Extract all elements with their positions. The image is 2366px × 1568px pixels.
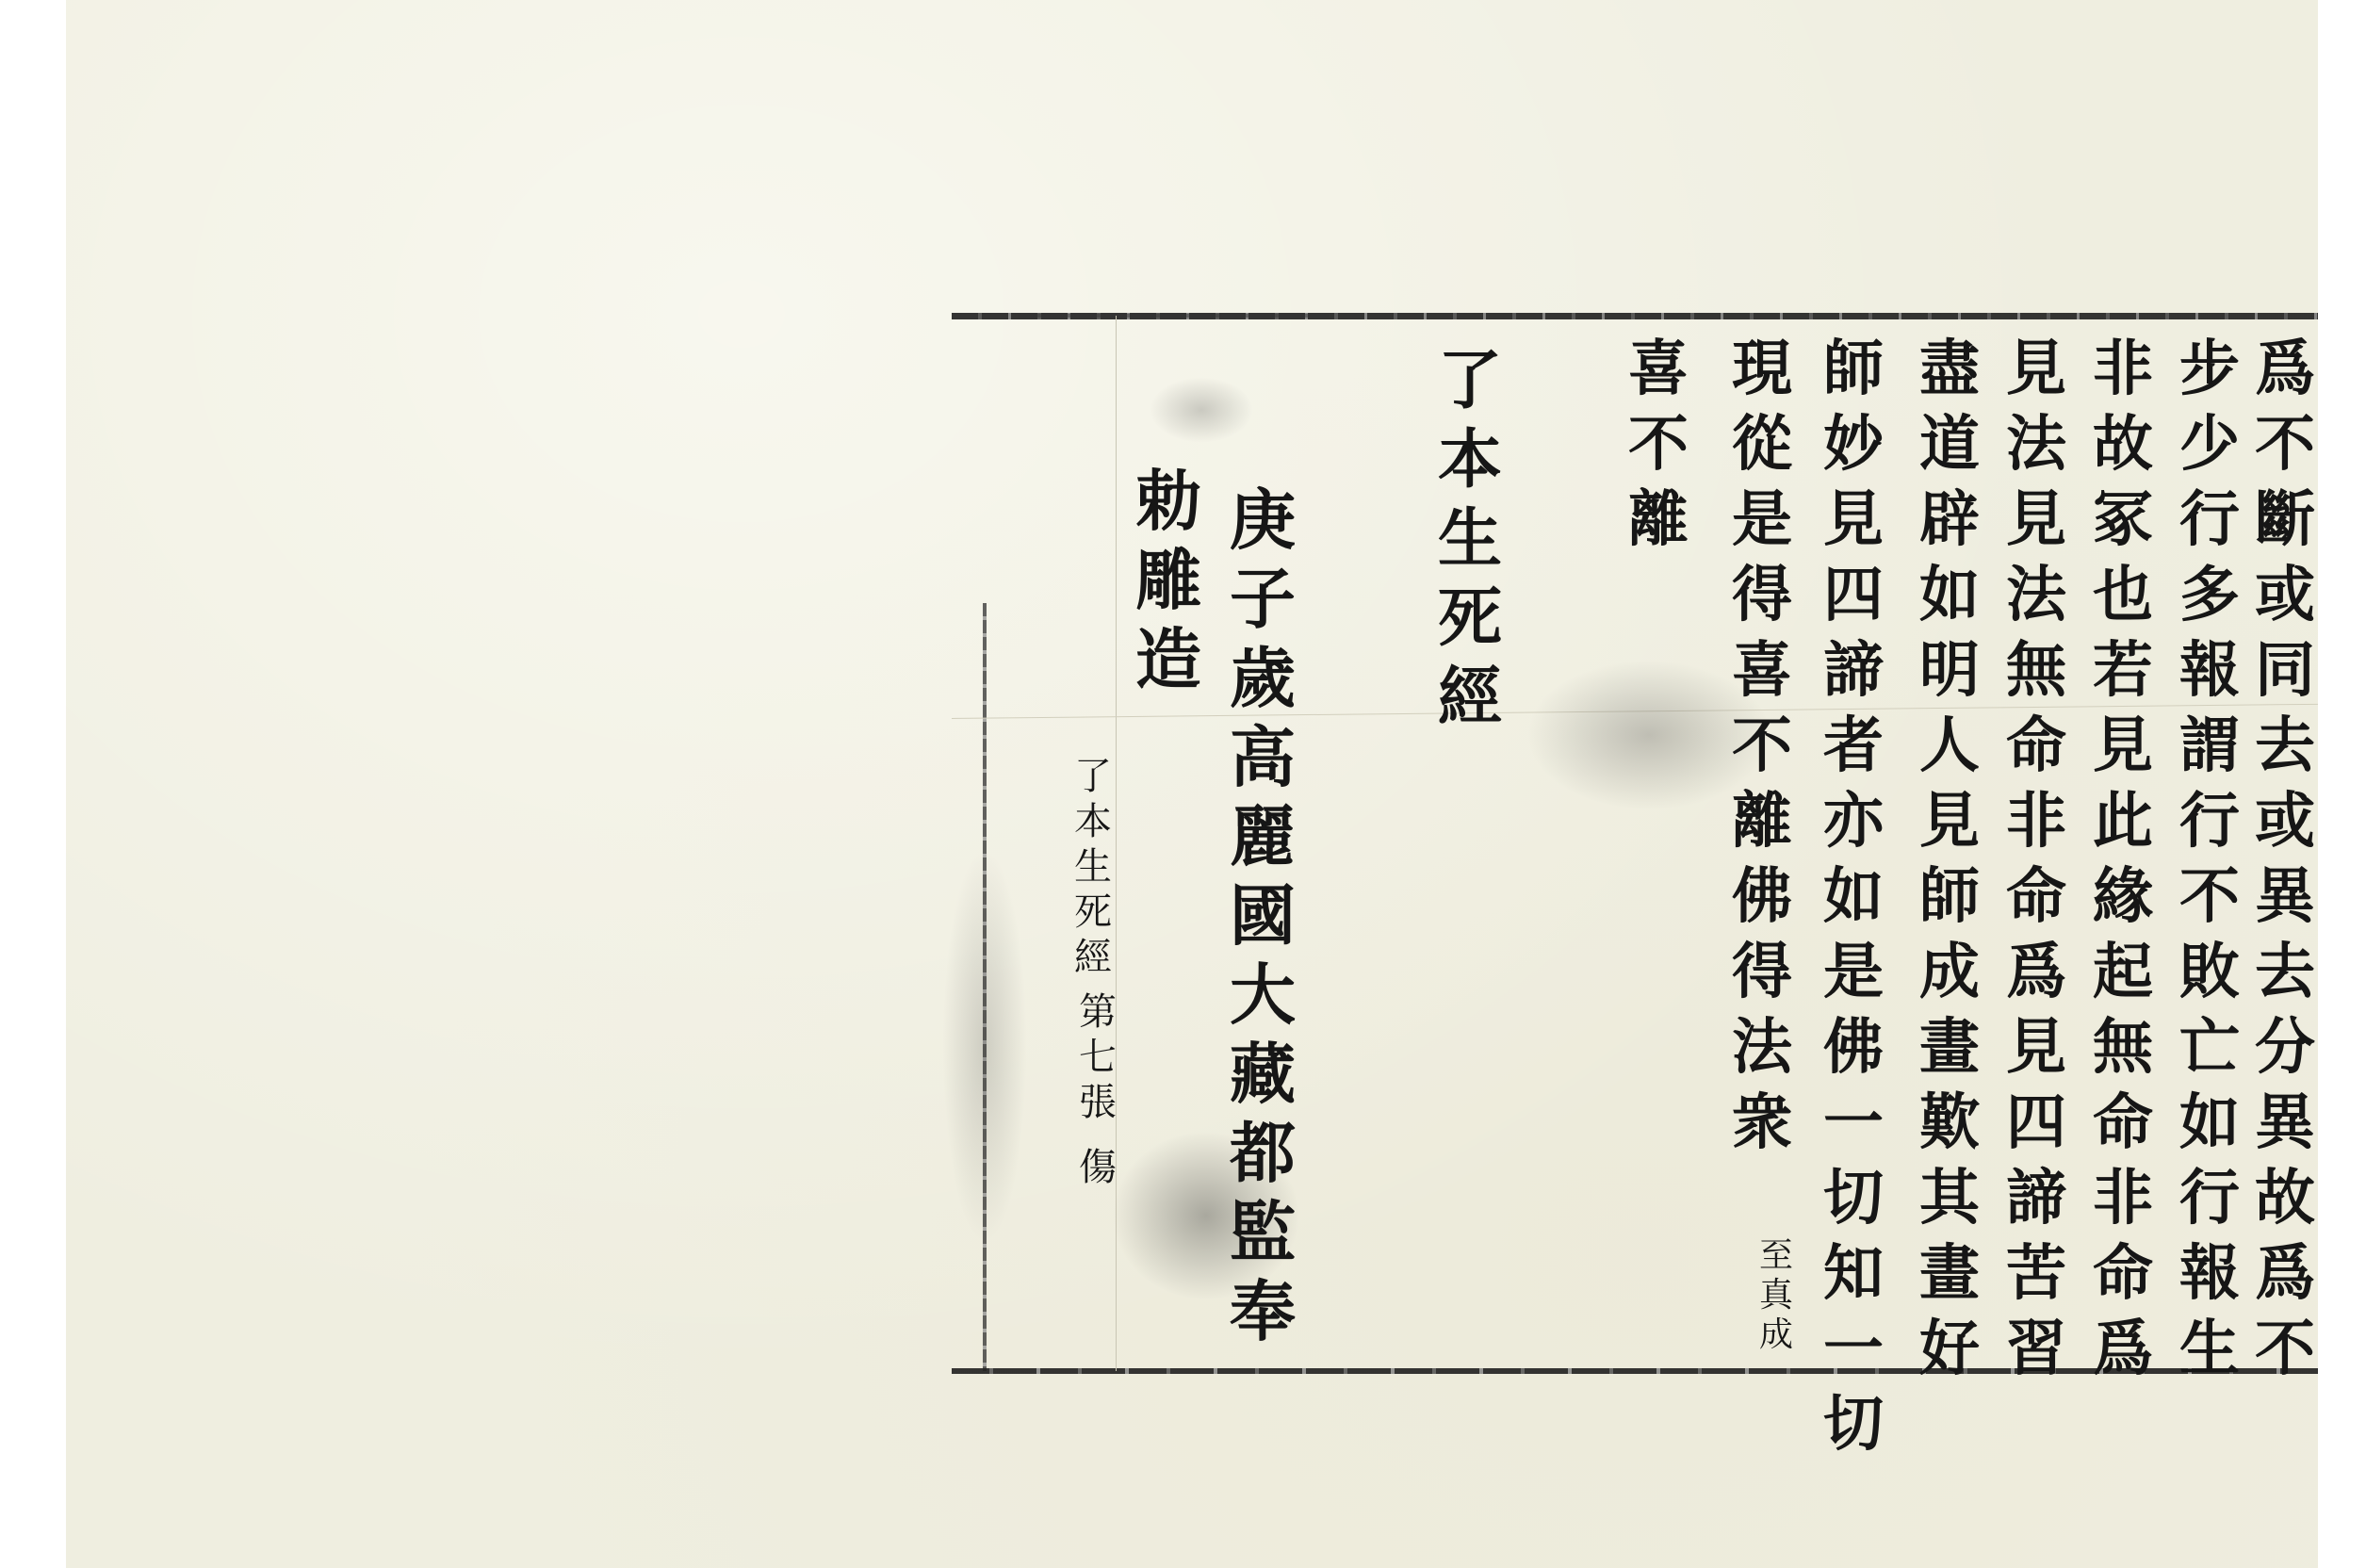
- ink-smudge: [1150, 377, 1253, 443]
- glyph: 法: [1994, 407, 2079, 482]
- glyph: 高: [1220, 718, 1305, 797]
- glyph: 故: [2080, 407, 2165, 482]
- glyph: 離: [1616, 482, 1701, 558]
- glyph: 人: [1907, 709, 1992, 784]
- glyph: 報: [2167, 633, 2252, 709]
- glyph: 命: [1994, 709, 2079, 784]
- glyph: 大: [1220, 955, 1305, 1035]
- glyph: 了: [1428, 341, 1512, 420]
- glyph: 命: [1994, 859, 2079, 935]
- glyph: 佛: [1720, 859, 1804, 935]
- glyph: 第: [1069, 989, 1126, 1035]
- glyph: 亡: [2167, 1010, 2252, 1086]
- glyph: 見: [1811, 482, 1896, 558]
- glyph: 是: [1811, 935, 1896, 1010]
- glyph: 現: [1720, 332, 1804, 407]
- glyph: 辟: [1907, 482, 1992, 558]
- glyph: 法: [1994, 558, 2079, 633]
- glyph: 張: [1069, 1080, 1126, 1125]
- glyph: 至: [1753, 1236, 1800, 1276]
- glyph: 命: [2080, 1086, 2165, 1161]
- glyph: 爲: [2252, 332, 2318, 407]
- glyph: 不: [2252, 1312, 2318, 1387]
- glyph: 少: [2167, 407, 2252, 482]
- glyph: 諦: [1811, 633, 1896, 709]
- glyph: 得: [1720, 558, 1804, 633]
- glyph: 麗: [1220, 797, 1305, 876]
- text-column-6: 師妙見四諦者亦如是佛一切知一切: [1811, 332, 1896, 1462]
- glyph: 四: [1811, 558, 1896, 633]
- colophon-line-2: 勅雕造: [1126, 462, 1211, 699]
- glyph: 喜: [1720, 633, 1804, 709]
- glyph: 真: [1753, 1276, 1800, 1315]
- glyph: 非: [2080, 332, 2165, 407]
- glyph: 七: [1069, 1035, 1126, 1080]
- ink-smudge: [942, 848, 1027, 1244]
- text-column-5: 盡道辟如明人見師成畫歎其畫好: [1907, 332, 1992, 1387]
- glyph: 四: [1994, 1086, 2079, 1161]
- glyph: 異: [2252, 1086, 2318, 1161]
- glyph: 造: [1126, 620, 1211, 699]
- glyph: 佛: [1811, 1010, 1896, 1086]
- glyph: 故: [2252, 1161, 2318, 1236]
- glyph: 成: [1907, 935, 1992, 1010]
- glyph: 分: [2252, 1010, 2318, 1086]
- glyph: 亦: [1811, 784, 1896, 859]
- glyph: 切: [1811, 1161, 1896, 1236]
- glyph: 奉: [1220, 1272, 1305, 1351]
- glyph: 經: [1065, 935, 1121, 980]
- glyph: 師: [1907, 859, 1992, 935]
- glyph: 得: [1720, 935, 1804, 1010]
- glyph: 知: [1811, 1236, 1896, 1312]
- glyph: 道: [1907, 407, 1992, 482]
- glyph: 離: [1720, 784, 1804, 859]
- glyph: 從: [1720, 407, 1804, 482]
- glyph: 喜: [1616, 332, 1701, 407]
- text-column-4: 見法見法無命非命爲見四諦苦習: [1994, 332, 2079, 1387]
- margin-note-leaf: 第七張: [1069, 989, 1126, 1125]
- glyph: 生: [2167, 1312, 2252, 1387]
- glyph: 子: [1220, 560, 1305, 639]
- glyph: 報: [2167, 1236, 2252, 1312]
- glyph: 不: [2252, 407, 2318, 482]
- glyph: 妙: [1811, 407, 1896, 482]
- glyph: 起: [2080, 935, 2165, 1010]
- frame-top-rule-faint: [1018, 314, 1329, 318]
- text-column-8: 喜不離: [1616, 332, 1701, 558]
- glyph: 步: [2167, 332, 2252, 407]
- glyph: 傷: [1069, 1145, 1126, 1190]
- glyph: 藏: [1220, 1035, 1305, 1114]
- glyph: 非: [1994, 784, 2079, 859]
- text-column-2: 步少行多報謂行不敗亡如行報生: [2167, 332, 2252, 1387]
- glyph: 見: [1907, 784, 1992, 859]
- glyph: 死: [1428, 579, 1512, 658]
- glyph: 生: [1428, 499, 1512, 579]
- glyph: 去: [2252, 935, 2318, 1010]
- glyph: 見: [1994, 332, 2079, 407]
- glyph: 如: [2167, 1086, 2252, 1161]
- glyph: 或: [2252, 784, 2318, 859]
- glyph: 好: [1907, 1312, 1992, 1387]
- colophon-line-1: 庚子歲高麗國大藏都監奉: [1220, 481, 1305, 1351]
- glyph: 切: [1811, 1387, 1896, 1462]
- glyph: 苦: [1994, 1236, 2079, 1312]
- glyph: 一: [1811, 1086, 1896, 1161]
- glyph: 或: [2252, 558, 2318, 633]
- glyph: 明: [1907, 633, 1992, 709]
- text-column-1: 爲不斷或同去或異去分異故爲不: [2252, 332, 2318, 1387]
- sutra-title: 了本生死經: [1428, 341, 1512, 737]
- glyph: 雕: [1126, 541, 1211, 620]
- glyph: 了: [1065, 754, 1121, 799]
- glyph: 是: [1720, 482, 1804, 558]
- small-annotation: 至真成: [1753, 1236, 1800, 1355]
- glyph: 異: [2252, 859, 2318, 935]
- glyph: 見: [2080, 709, 2165, 784]
- glyph: 如: [1907, 558, 1992, 633]
- glyph: 庚: [1220, 481, 1305, 560]
- glyph: 監: [1220, 1193, 1305, 1272]
- glyph: 生: [1065, 844, 1121, 890]
- glyph: 斷: [2252, 482, 2318, 558]
- glyph: 經: [1428, 658, 1512, 737]
- glyph: 畫: [1907, 1236, 1992, 1312]
- glyph: 行: [2167, 482, 2252, 558]
- glyph: 見: [1994, 482, 2079, 558]
- glyph: 緣: [2080, 859, 2165, 935]
- glyph: 不: [2167, 859, 2252, 935]
- glyph: 敗: [2167, 935, 2252, 1010]
- glyph: 衆: [1720, 1086, 1804, 1161]
- glyph: 命: [2080, 1236, 2165, 1312]
- glyph: 盡: [1907, 332, 1992, 407]
- glyph: 爲: [2252, 1236, 2318, 1312]
- glyph: 國: [1220, 876, 1305, 955]
- glyph: 本: [1065, 799, 1121, 844]
- glyph: 歎: [1907, 1086, 1992, 1161]
- glyph: 謂: [2167, 709, 2252, 784]
- glyph: 爲: [1994, 935, 2079, 1010]
- glyph: 一: [1811, 1312, 1896, 1387]
- glyph: 如: [1811, 859, 1896, 935]
- glyph: 無: [2080, 1010, 2165, 1086]
- text-column-7: 現從是得喜不離佛得法衆: [1720, 332, 1804, 1161]
- glyph: 去: [2252, 709, 2318, 784]
- glyph: 諦: [1994, 1161, 2079, 1236]
- glyph: 歲: [1220, 639, 1305, 718]
- text-column-3: 非故冢也若見此緣起無命非命爲: [2080, 332, 2165, 1387]
- glyph: 死: [1065, 890, 1121, 935]
- glyph: 冢: [2080, 482, 2165, 558]
- glyph: 者: [1811, 709, 1896, 784]
- glyph: 行: [2167, 784, 2252, 859]
- glyph: 習: [1994, 1312, 2079, 1387]
- glyph: 見: [1994, 1010, 2079, 1086]
- glyph: 行: [2167, 1161, 2252, 1236]
- glyph: 師: [1811, 332, 1896, 407]
- glyph: 也: [2080, 558, 2165, 633]
- glyph: 勅: [1126, 462, 1211, 541]
- glyph: 同: [2252, 633, 2318, 709]
- glyph: 無: [1994, 633, 2079, 709]
- glyph: 不: [1720, 709, 1804, 784]
- glyph: 成: [1753, 1315, 1800, 1355]
- glyph: 不: [1616, 407, 1701, 482]
- glyph: 若: [2080, 633, 2165, 709]
- glyph: 非: [2080, 1161, 2165, 1236]
- glyph: 畫: [1907, 1010, 1992, 1086]
- glyph: 爲: [2080, 1312, 2165, 1387]
- glyph: 此: [2080, 784, 2165, 859]
- glyph: 法: [1720, 1010, 1804, 1086]
- margin-note-title: 了本生死經: [1065, 754, 1121, 980]
- glyph: 本: [1428, 420, 1512, 499]
- glyph: 多: [2167, 558, 2252, 633]
- glyph: 都: [1220, 1114, 1305, 1193]
- glyph: 其: [1907, 1161, 1992, 1236]
- margin-note-mark: 傷: [1069, 1145, 1126, 1190]
